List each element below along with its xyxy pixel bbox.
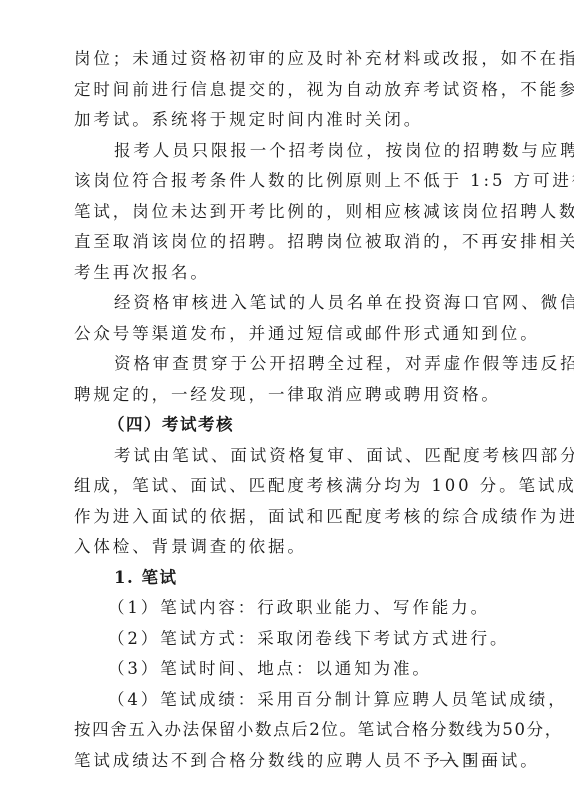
paragraph-line: 直至取消该岗位的招聘。招聘岗位被取消的，不再安排相关	[74, 227, 490, 258]
paragraph-line: 笔试，岗位未达到开考比例的，则相应核减该岗位招聘人数	[74, 197, 490, 228]
paragraph-line: 公众号等渠道发布，并通过短信或邮件形式通知到位。	[74, 319, 490, 350]
paragraph-line: 聘规定的，一经发现，一律取消应聘或聘用资格。	[74, 380, 490, 411]
paragraph-line: 岗位；未通过资格初审的应及时补充材料或改报，如不在指	[74, 44, 490, 75]
document-page: 岗位；未通过资格初审的应及时补充材料或改报，如不在指 定时间前进行信息提交的，视…	[74, 44, 490, 776]
list-item: （4）笔试成绩：采用百分制计算应聘人员笔试成绩，	[74, 685, 490, 716]
list-item: （2）笔试方式：采取闭卷线下考试方式进行。	[74, 624, 490, 655]
section-heading: （四）考试考核	[74, 410, 490, 441]
paragraph-line: 作为进入面试的依据，面试和匹配度考核的综合成绩作为进	[74, 502, 490, 533]
paragraph-line: 笔试成绩达不到合格分数线的应聘人员不予入围面试。	[74, 746, 490, 777]
paragraph-line: 该岗位符合报考条件人数的比例原则上不低于 1:5 方可进行	[74, 166, 490, 197]
subsection-heading: 1. 笔试	[74, 563, 490, 594]
paragraph-line: 组成，笔试、面试、匹配度考核满分均为 100 分。笔试成绩	[74, 471, 490, 502]
paragraph-line: 按四舍五入办法保留小数点后2位。笔试合格分数线为50分，	[74, 715, 490, 746]
list-item: （3）笔试时间、地点：以通知为准。	[74, 654, 490, 685]
paragraph-line: 考试由笔试、面试资格复审、面试、匹配度考核四部分	[74, 441, 490, 472]
paragraph-line: 入体检、背景调查的依据。	[74, 532, 490, 563]
paragraph-line: 经资格审核进入笔试的人员名单在投资海口官网、微信	[74, 288, 490, 319]
paragraph-line: 资格审查贯穿于公开招聘全过程，对弄虚作假等违反招	[74, 349, 490, 380]
paragraph-line: 定时间前进行信息提交的，视为自动放弃考试资格，不能参	[74, 75, 490, 106]
list-item: （1）笔试内容：行政职业能力、写作能力。	[74, 593, 490, 624]
page-number: — 5 —	[440, 752, 500, 769]
paragraph-line: 考生再次报名。	[74, 258, 490, 289]
paragraph-line: 加考试。系统将于规定时间内准时关闭。	[74, 105, 490, 136]
paragraph-line: 报考人员只限报一个招考岗位，按岗位的招聘数与应聘	[74, 136, 490, 167]
